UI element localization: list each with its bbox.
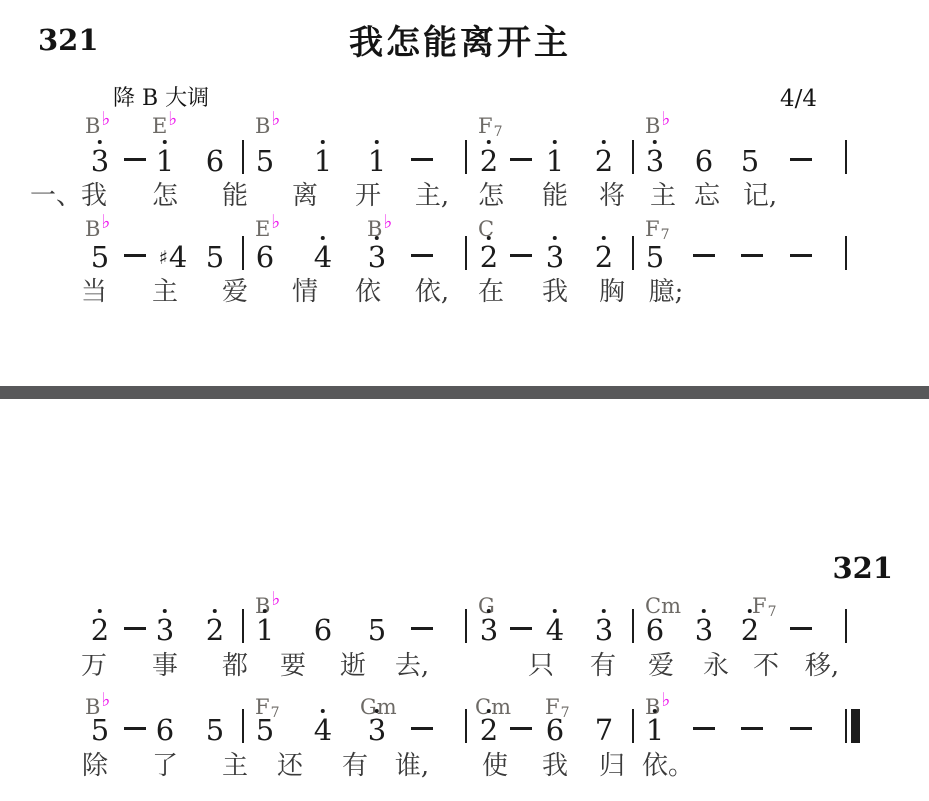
lyric-char: 有 (590, 653, 616, 679)
lyric-char: 谁, (395, 753, 429, 779)
barline (242, 709, 244, 743)
octave-dot (602, 609, 606, 613)
lyric-char: 要 (280, 653, 306, 679)
note-digit: 4 (546, 613, 564, 645)
chord-symbol: F7 (478, 116, 503, 137)
chord-symbol: E♭ (152, 116, 177, 137)
flat-icon: ♭ (168, 108, 177, 130)
note-digit: 5 (206, 240, 224, 272)
note-digit: 1 (646, 713, 664, 745)
lyric-char: 胸 (599, 279, 625, 305)
lyric-char: 怎 (478, 183, 504, 209)
duration-dash (510, 254, 532, 257)
lyric-char: 主, (415, 183, 449, 209)
note-digit: 1 (256, 613, 274, 645)
duration-dash (124, 158, 146, 161)
flat-icon: ♭ (101, 689, 110, 711)
octave-dot (163, 140, 167, 144)
barline (242, 236, 244, 270)
octave-dot (748, 609, 752, 613)
note-digit: 4 (314, 713, 332, 745)
lyric-char: 能 (222, 183, 248, 209)
duration-dash (411, 158, 433, 161)
hymn-title: 我怎能离开主 (349, 26, 571, 60)
note-digit: 2 (480, 240, 498, 272)
flat-icon: ♭ (271, 211, 280, 233)
note-digit: 5 (91, 713, 109, 745)
barline (632, 709, 634, 743)
barline (242, 609, 244, 643)
octave-dot (653, 709, 657, 713)
lyric-char: 在 (478, 279, 504, 305)
duration-dash (411, 727, 433, 730)
note-digit: 5 (368, 613, 386, 645)
note-digit: 7 (595, 713, 613, 745)
octave-dot (487, 709, 491, 713)
lyric-char: 了 (152, 753, 178, 779)
lyric-char: 万 (81, 653, 107, 679)
lyric-char: 依。 (642, 753, 694, 779)
lyric-char: 主 (650, 183, 676, 209)
flat-icon: ♭ (661, 108, 670, 130)
lyric-char: 一、 (30, 183, 82, 209)
octave-dot (487, 236, 491, 240)
lyric-char: 爱 (222, 279, 248, 305)
hymn-number-page1: 321 (38, 26, 99, 55)
barline (465, 236, 467, 270)
octave-dot (702, 609, 706, 613)
note-digit: 6 (546, 713, 564, 745)
duration-dash (741, 254, 763, 257)
lyric-char: 还 (277, 753, 303, 779)
lyric-char: 使 (482, 753, 508, 779)
note-digit: 1 (368, 144, 386, 176)
time-signature: 4/4 (780, 88, 817, 111)
octave-dot (375, 140, 379, 144)
lyric-char: 主 (152, 279, 178, 305)
lyric-char: 都 (222, 653, 248, 679)
barline (632, 609, 634, 643)
chord-seventh: 7 (768, 604, 777, 620)
final-barline-thin (845, 709, 847, 743)
note-digit: 1 (314, 144, 332, 176)
lyric-char: 依, (415, 279, 449, 305)
duration-dash (693, 727, 715, 730)
lyric-char: 事 (152, 653, 178, 679)
note-digit: 3 (156, 613, 174, 645)
duration-dash (124, 254, 146, 257)
note-digit: 2 (206, 613, 224, 645)
note-digit: 5 (91, 240, 109, 272)
octave-dot (553, 140, 557, 144)
octave-dot (487, 609, 491, 613)
lyric-char: 主 (222, 753, 248, 779)
duration-dash (693, 254, 715, 257)
note-digit: 5 (256, 144, 274, 176)
duration-dash (411, 254, 433, 257)
octave-dot (321, 140, 325, 144)
lyric-char: 忘 (694, 183, 720, 209)
octave-dot (553, 236, 557, 240)
lyric-char: 将 (599, 183, 625, 209)
lyric-char: 逝 (340, 653, 366, 679)
octave-dot (602, 140, 606, 144)
chord-symbol: B♭ (85, 116, 110, 137)
note-digit: ♯4 (159, 240, 188, 272)
lyric-char: 爱 (648, 653, 674, 679)
note-digit: 5 (741, 144, 759, 176)
lyric-char: 去, (395, 653, 429, 679)
octave-dot (553, 609, 557, 613)
octave-dot (375, 709, 379, 713)
chord-symbol: B♭ (645, 116, 670, 137)
note-digit: 5 (206, 713, 224, 745)
chord-root: B (85, 114, 100, 138)
duration-dash (741, 727, 763, 730)
note-digit: 3 (695, 613, 713, 645)
note-digit: 5 (646, 240, 664, 272)
chord-root: F (478, 114, 493, 138)
lyric-char: 离 (292, 183, 318, 209)
octave-dot (98, 140, 102, 144)
chord-root: B (645, 114, 660, 138)
lyric-char: 怎 (152, 183, 178, 209)
note-digit: 6 (314, 613, 332, 645)
lyric-char: 我 (542, 753, 568, 779)
chord-root: B (85, 217, 100, 241)
octave-dot (321, 236, 325, 240)
lyric-char: 永 (703, 653, 729, 679)
barline (632, 140, 634, 174)
flat-icon: ♭ (383, 211, 392, 233)
note-digit: 4 (314, 240, 332, 272)
duration-dash (790, 727, 812, 730)
octave-dot (321, 709, 325, 713)
duration-dash (790, 254, 812, 257)
duration-dash (124, 727, 146, 730)
chord-root: B (255, 114, 270, 138)
chord-root: E (152, 114, 167, 138)
barline (632, 236, 634, 270)
chord-symbol: B♭ (255, 116, 280, 137)
duration-dash (510, 158, 532, 161)
barline (465, 709, 467, 743)
octave-dot (213, 609, 217, 613)
note-digit: 2 (595, 144, 613, 176)
chord-symbol: F7 (645, 219, 670, 240)
lyric-char: 移, (805, 653, 839, 679)
barline (465, 140, 467, 174)
octave-dot (487, 140, 491, 144)
lyric-char: 我 (542, 279, 568, 305)
lyric-char: 开 (355, 183, 381, 209)
note-digit: 6 (156, 713, 174, 745)
note-digit: 2 (595, 240, 613, 272)
lyric-char: 只 (528, 653, 554, 679)
barline (845, 236, 847, 270)
lyric-char: 臆; (649, 279, 684, 305)
flat-icon: ♭ (101, 108, 110, 130)
chord-root: F (645, 217, 660, 241)
barline (845, 609, 847, 643)
chord-symbol: E♭ (255, 219, 280, 240)
note-digit: 5 (256, 713, 274, 745)
note-digit: 6 (695, 144, 713, 176)
octave-dot (263, 609, 267, 613)
note-digit: 3 (646, 144, 664, 176)
note-digit: 1 (156, 144, 174, 176)
lyric-char: 不 (753, 653, 779, 679)
barline (845, 140, 847, 174)
final-barline-thick (851, 709, 860, 743)
note-digit: 6 (206, 144, 224, 176)
note-digit: 3 (595, 613, 613, 645)
duration-dash (411, 627, 433, 630)
octave-dot (163, 609, 167, 613)
octave-dot (375, 236, 379, 240)
key-signature: 降 B 大调 (113, 88, 209, 110)
sharp-icon: ♯ (159, 247, 168, 269)
hymn-number-page2: 321 (832, 554, 893, 583)
octave-dot (98, 609, 102, 613)
duration-dash (510, 627, 532, 630)
flat-icon: ♭ (271, 108, 280, 130)
duration-dash (124, 627, 146, 630)
note-digit: 1 (546, 144, 564, 176)
duration-dash (790, 158, 812, 161)
note-digit: 3 (546, 240, 564, 272)
octave-dot (602, 236, 606, 240)
lyric-char: 能 (542, 183, 568, 209)
lyric-char: 除 (82, 753, 108, 779)
page-divider-bar (0, 386, 929, 399)
note-digit: 6 (256, 240, 274, 272)
lyric-char: 我 (81, 183, 107, 209)
note-digit: 6 (646, 613, 664, 645)
lyric-char: 记, (743, 183, 777, 209)
note-digit: 3 (91, 144, 109, 176)
chord-seventh: 7 (494, 124, 503, 140)
barline (465, 609, 467, 643)
lyric-char: 归 (599, 753, 625, 779)
barline (242, 140, 244, 174)
note-digit: 2 (741, 613, 759, 645)
lyric-char: 情 (292, 279, 318, 305)
duration-dash (790, 627, 812, 630)
hymn-sheet-page: 321 我怎能离开主 降 B 大调 4/4 321 B♭E♭B♭F7B♭3165… (0, 0, 929, 801)
lyric-char: 当 (81, 279, 107, 305)
lyric-char: 依 (355, 279, 381, 305)
note-digit: 2 (480, 144, 498, 176)
note-digit: 3 (368, 713, 386, 745)
flat-icon: ♭ (101, 211, 110, 233)
flat-icon: ♭ (271, 588, 280, 610)
note-digit: 2 (480, 713, 498, 745)
chord-symbol: B♭ (85, 219, 110, 240)
chord-root: E (255, 217, 270, 241)
chord-symbol: B♭ (367, 219, 392, 240)
octave-dot (653, 140, 657, 144)
duration-dash (510, 727, 532, 730)
note-digit: 3 (368, 240, 386, 272)
note-digit: 3 (480, 613, 498, 645)
note-digit: 2 (91, 613, 109, 645)
flat-icon: ♭ (661, 689, 670, 711)
lyric-char: 有 (342, 753, 368, 779)
